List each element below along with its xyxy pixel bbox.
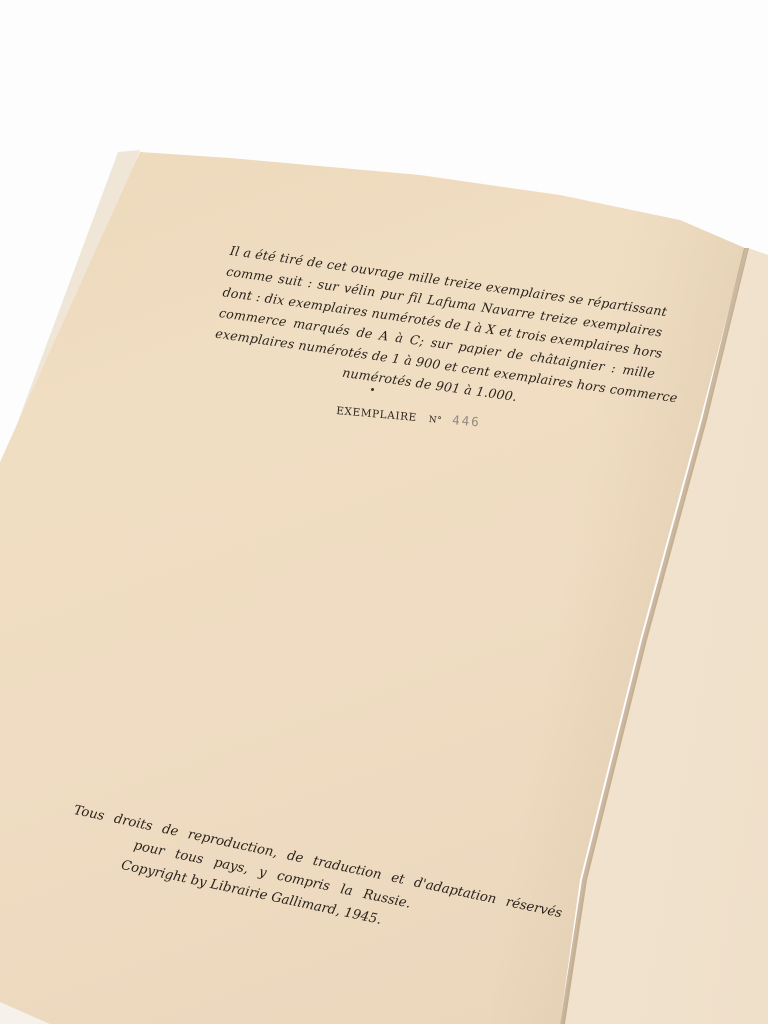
book-photo-scene: Il a été tiré de cet ouvrage mille treiz… (0, 0, 768, 1024)
exemplaire-number-stamp: 446 (452, 412, 482, 429)
exemplaire-number-prefix: N° (428, 415, 442, 426)
